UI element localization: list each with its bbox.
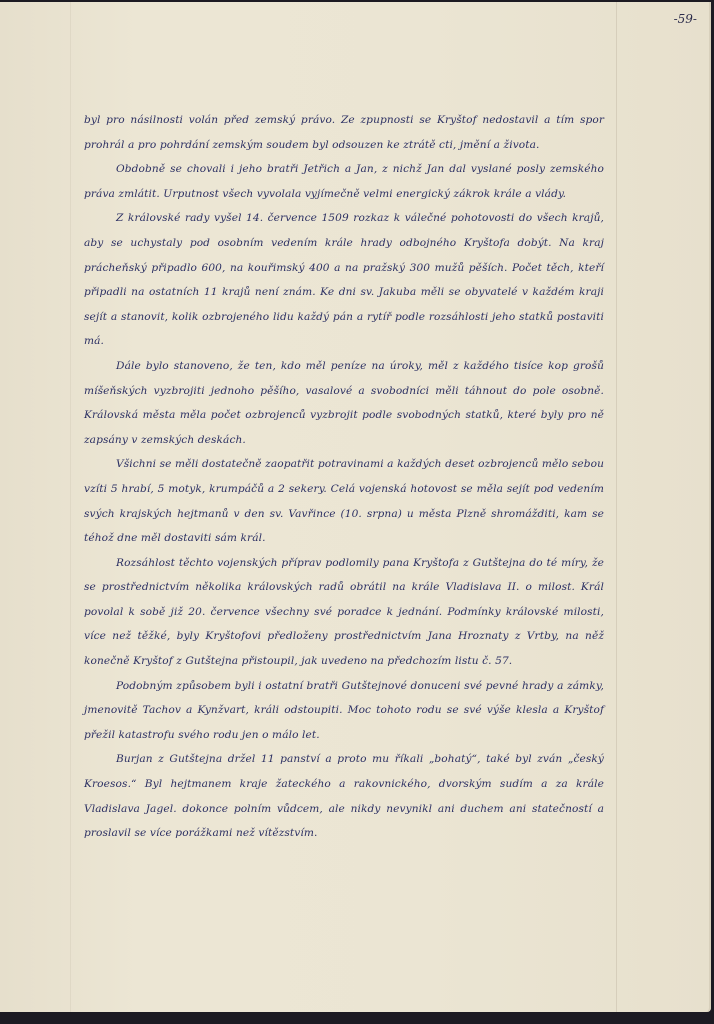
handwritten-text: byl pro násilnosti volán před zemský prá…: [84, 108, 604, 846]
paragraph: Všichni se měli dostatečně zaopatřit pot…: [84, 452, 604, 550]
paragraph: Dále bylo stanoveno, že ten, kdo měl pen…: [84, 354, 604, 452]
paragraph: Podobným způsobem byli i ostatní bratři …: [84, 674, 604, 748]
right-margin-rule: [616, 2, 617, 1012]
paragraph: Obdobně se chovali i jeho bratři Jetřich…: [84, 157, 604, 206]
page-number: -59-: [674, 12, 697, 26]
paragraph: Z královské rady vyšel 14. července 1509…: [84, 206, 604, 354]
manuscript-page: -59- byl pro násilnosti volán před zemsk…: [0, 2, 711, 1012]
paragraph: Rozsáhlost těchto vojenských příprav pod…: [84, 551, 604, 674]
left-margin-rule: [70, 2, 71, 1012]
paragraph: Burjan z Gutštejna držel 11 panství a pr…: [84, 747, 604, 845]
paragraph: byl pro násilnosti volán před zemský prá…: [84, 108, 604, 157]
